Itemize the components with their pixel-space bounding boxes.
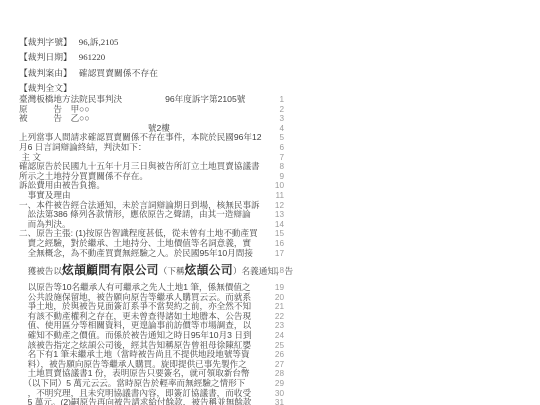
line-number: 31 <box>260 398 284 405</box>
body-line: 訴訟費用由被告負擔。10 <box>0 181 540 191</box>
body-line-text: 全無概念，為不動產買賣無經驗之人。於民國95年10月間接 <box>19 249 253 259</box>
document-body: 臺灣板橋地方法院民事判決 96年度訴字第2105號1原 告 甲○○2被 告 乙○… <box>0 95 540 405</box>
line-number: 21 <box>260 302 284 312</box>
header-field-label: 【裁判字號】 <box>19 37 72 47</box>
body-line-segment: （下稱 <box>159 266 185 276</box>
line-number: 10 <box>260 181 284 191</box>
line-number: 18 <box>260 258 284 283</box>
line-number: 1 <box>260 95 284 105</box>
header-field-label: 【裁判全文】 <box>19 83 72 93</box>
line-number: 26 <box>260 350 284 360</box>
line-number: 29 <box>260 379 284 389</box>
header-field-value: 確認買賣關係不存在 <box>79 68 158 78</box>
line-number: 23 <box>260 321 284 331</box>
line-number: 24 <box>260 331 284 341</box>
line-number: 15 <box>260 229 284 239</box>
header-field: 【裁判日期】961220 <box>19 50 158 65</box>
body-line: 獲被告以炫頡顧問有限公司（下稱炫頡公司）名義通知，告18 <box>0 258 540 283</box>
line-number: 30 <box>260 389 284 399</box>
line-number: 14 <box>260 220 284 230</box>
body-line: 訟法第386 條列各款情形，應依原告之聲請，由其一造辯論13 <box>0 210 540 220</box>
document-header: 【裁判字號】96,訴,2105【裁判日期】961220【裁判案由】確認買賣關係不… <box>19 35 158 96</box>
line-number: 8 <box>260 162 284 172</box>
line-number: 4 <box>260 124 284 134</box>
line-number: 3 <box>260 114 284 124</box>
line-number: 20 <box>260 293 284 303</box>
header-field-label: 【裁判日期】 <box>19 52 72 62</box>
body-line: 月6 日言詞辯論終結，判決如下：6 <box>0 143 540 153</box>
body-line-segment: 獲被告以 <box>19 266 62 276</box>
body-line-text: 獲被告以炫頡顧問有限公司（下稱炫頡公司）名義通知，告 <box>19 258 293 284</box>
line-number: 13 <box>260 210 284 220</box>
company-name-emphasis: 炫頡顧問有限公司 <box>62 263 159 277</box>
line-number: 7 <box>260 153 284 163</box>
line-number: 2 <box>260 105 284 115</box>
line-number: 11 <box>260 191 284 201</box>
line-number: 19 <box>260 283 284 293</box>
line-number: 22 <box>260 312 284 322</box>
header-field-label: 【裁判案由】 <box>19 68 72 78</box>
line-number: 17 <box>260 249 284 259</box>
line-number: 5 <box>260 133 284 143</box>
line-number: 27 <box>260 360 284 370</box>
header-field-value: 96,訴,2105 <box>79 37 119 47</box>
company-name-emphasis: 炫頡公司 <box>185 263 233 277</box>
line-number: 9 <box>260 172 284 182</box>
line-number: 16 <box>260 239 284 249</box>
body-line-text: 5 萬元。(2)嗣原告再向被告請求給付餘款，被告稱並無餘款 <box>19 398 252 405</box>
body-line: 全無概念，為不動產買賣無經驗之人。於民國95年10月間接17 <box>0 249 540 259</box>
line-number: 25 <box>260 341 284 351</box>
judgment-document: 【裁判字號】96,訴,2105【裁判日期】961220【裁判案由】確認買賣關係不… <box>0 0 540 405</box>
header-field: 【裁判案由】確認買賣關係不存在 <box>19 66 158 81</box>
header-field: 【裁判字號】96,訴,2105 <box>19 35 158 50</box>
line-number: 6 <box>260 143 284 153</box>
header-field-value: 961220 <box>79 52 105 62</box>
line-number: 28 <box>260 369 284 379</box>
body-line: 5 萬元。(2)嗣原告再向被告請求給付餘款，被告稱並無餘款31 <box>0 398 540 405</box>
line-number: 12 <box>260 201 284 211</box>
